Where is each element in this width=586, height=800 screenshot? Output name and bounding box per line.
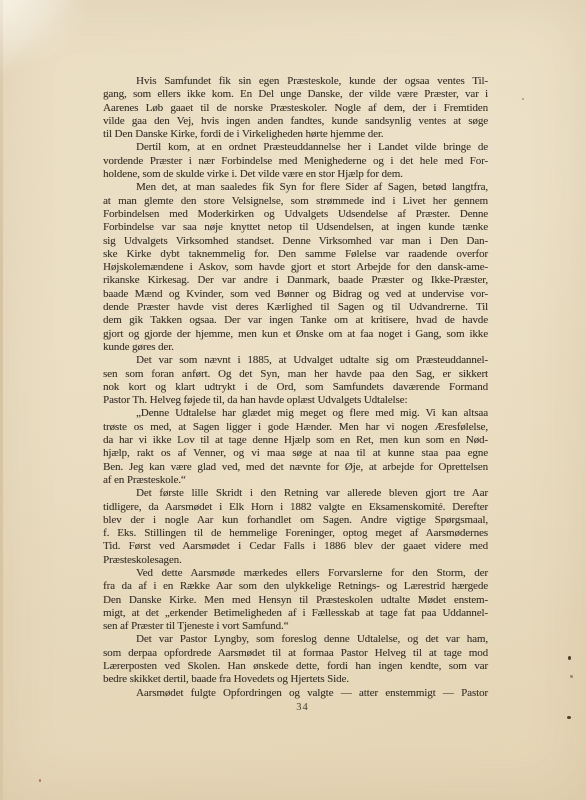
text-line: sen af Præster til Tjeneste i vort Samfu…: [103, 620, 488, 633]
text-line: Dertil kom, at en ordnet Præsteuddannels…: [103, 141, 488, 154]
text-line: Den Danske Kirke. Men med Hensyn til Præ…: [103, 594, 488, 607]
text-line: rikanske Kirkesag. Der var andre i Danma…: [103, 274, 488, 287]
paper-speck: [570, 675, 573, 678]
paragraph: Hvis Samfundet fik sin egen Præsteskole,…: [103, 75, 488, 141]
text-line: gjort og gjorde der hjemme, men kun et Ø…: [103, 328, 488, 341]
text-line: trøste os med, at Sagen ligger i gode Hæ…: [103, 421, 488, 434]
text-line: holdene, som de skulde virke i. Det vild…: [103, 168, 488, 181]
paper-speck: [39, 779, 41, 782]
text-line: vordende Præster i nær Forbindelse med M…: [103, 155, 488, 168]
paragraph: Det var som nævnt i 1885, at Udvalget ud…: [103, 354, 488, 407]
paper-speck: [522, 98, 524, 100]
text-line: dende Præster havde vist deres Kærlighed…: [103, 301, 488, 314]
text-line: baade Mænd og Kvinder, som ved Bønner og…: [103, 288, 488, 301]
text-line: vilde gaa den Vej, hvis ingen anden fand…: [103, 115, 488, 128]
text-line: f. Eks. Stillingen til de hemmelige Fore…: [103, 527, 488, 540]
text-line: Forbindelsen med Moderkirken og Udvalget…: [103, 208, 488, 221]
text-line: Aarenes Løb gaaet til de norske Præstesk…: [103, 102, 488, 115]
text-line: ske Kirke dybt taknemmelig for. Den samm…: [103, 248, 488, 261]
text-line: Forbindelse var saa nøje knyttet netop t…: [103, 221, 488, 234]
text-line: som derpaa opfordrede Aarsmødet til at f…: [103, 647, 488, 660]
paper-speck: [567, 716, 571, 719]
text-line: Lærerposten ved Skolen. Han ønskede dett…: [103, 660, 488, 673]
scanned-book-page: Hvis Samfundet fik sin egen Præsteskole,…: [0, 0, 586, 800]
text-line: hjælp, rakt os af Venner, og vi maa søge…: [103, 447, 488, 460]
text-line: Ben. Jeg kan være glad ved, med det nævn…: [103, 461, 488, 474]
text-line: Højskolemændene i Askov, som havde gjort…: [103, 261, 488, 274]
text-line: tidligere, da Aarsmødet i Elk Horn i 188…: [103, 501, 488, 514]
text-line: migt, at det „erkender Betimeligheden af…: [103, 607, 488, 620]
page-number: 34: [110, 702, 495, 713]
text-line: Aarsmødet fulgte Opfordringen og valgte …: [103, 687, 488, 700]
paragraph: Det var Pastor Lyngby, som foreslog denn…: [103, 633, 488, 686]
text-line: Det var som nævnt i 1885, at Udvalget ud…: [103, 354, 488, 367]
page-text: Hvis Samfundet fik sin egen Præsteskole,…: [103, 75, 488, 700]
text-line: Ved dette Aarsmøde mærkedes ellers Forva…: [103, 567, 488, 580]
text-line: kunde gøres der.: [103, 341, 488, 354]
text-line: sig Udvalgets Virksomhed standset. Denne…: [103, 235, 488, 248]
text-line: „Denne Udtalelse har glædet mig meget og…: [103, 407, 488, 420]
text-line: fra da af i en Række Aar som den ulykkel…: [103, 580, 488, 593]
text-line: Præsteskolesagen.: [103, 554, 488, 567]
text-line: gang, som ellers ikke kom. En Del unge D…: [103, 88, 488, 101]
text-line: Hvis Samfundet fik sin egen Præsteskole,…: [103, 75, 488, 88]
paragraph: Aarsmødet fulgte Opfordringen og valgte …: [103, 687, 488, 700]
page-left-edge-shading: [0, 0, 3, 800]
paragraph: Ved dette Aarsmøde mærkedes ellers Forva…: [103, 567, 488, 633]
text-line: af en Præsteskole.“: [103, 474, 488, 487]
text-line: Pastor Th. Helveg føjede til, da han hav…: [103, 394, 488, 407]
paragraph: Men det, at man saaledes fik Syn for fle…: [103, 181, 488, 354]
text-line: Det var Pastor Lyngby, som foreslog denn…: [103, 633, 488, 646]
text-line: bedre skikket dertil, baade fra Hovedets…: [103, 673, 488, 686]
text-line: da har vi ikke Lov til at tage denne Hjæ…: [103, 434, 488, 447]
text-line: Tid. Først ved Aarsmødet i Cedar Falls i…: [103, 540, 488, 553]
paragraph: Det første lille Skridt i den Retning va…: [103, 487, 488, 567]
paragraph: Dertil kom, at en ordnet Præsteuddannels…: [103, 141, 488, 181]
text-line: sen som foran anført. Og det Syn, man he…: [103, 368, 488, 381]
text-line: Men det, at man saaledes fik Syn for fle…: [103, 181, 488, 194]
paragraph: „Denne Udtalelse har glædet mig meget og…: [103, 407, 488, 487]
text-line: nok kort og klart udtrykt i de Ord, som …: [103, 381, 488, 394]
text-line: blev der i nogle Aar kun forhandlet om S…: [103, 514, 488, 527]
text-line: at man glemte den store Velsignelse, som…: [103, 195, 488, 208]
paper-speck: [568, 656, 571, 660]
text-line: Det første lille Skridt i den Retning va…: [103, 487, 488, 500]
text-line: dem gik Takken ogsaa. Der var ingen Tank…: [103, 314, 488, 327]
paper-crease-top-left: [0, 0, 96, 95]
text-line: til Den Danske Kirke, fordi de i Virkeli…: [103, 128, 488, 141]
